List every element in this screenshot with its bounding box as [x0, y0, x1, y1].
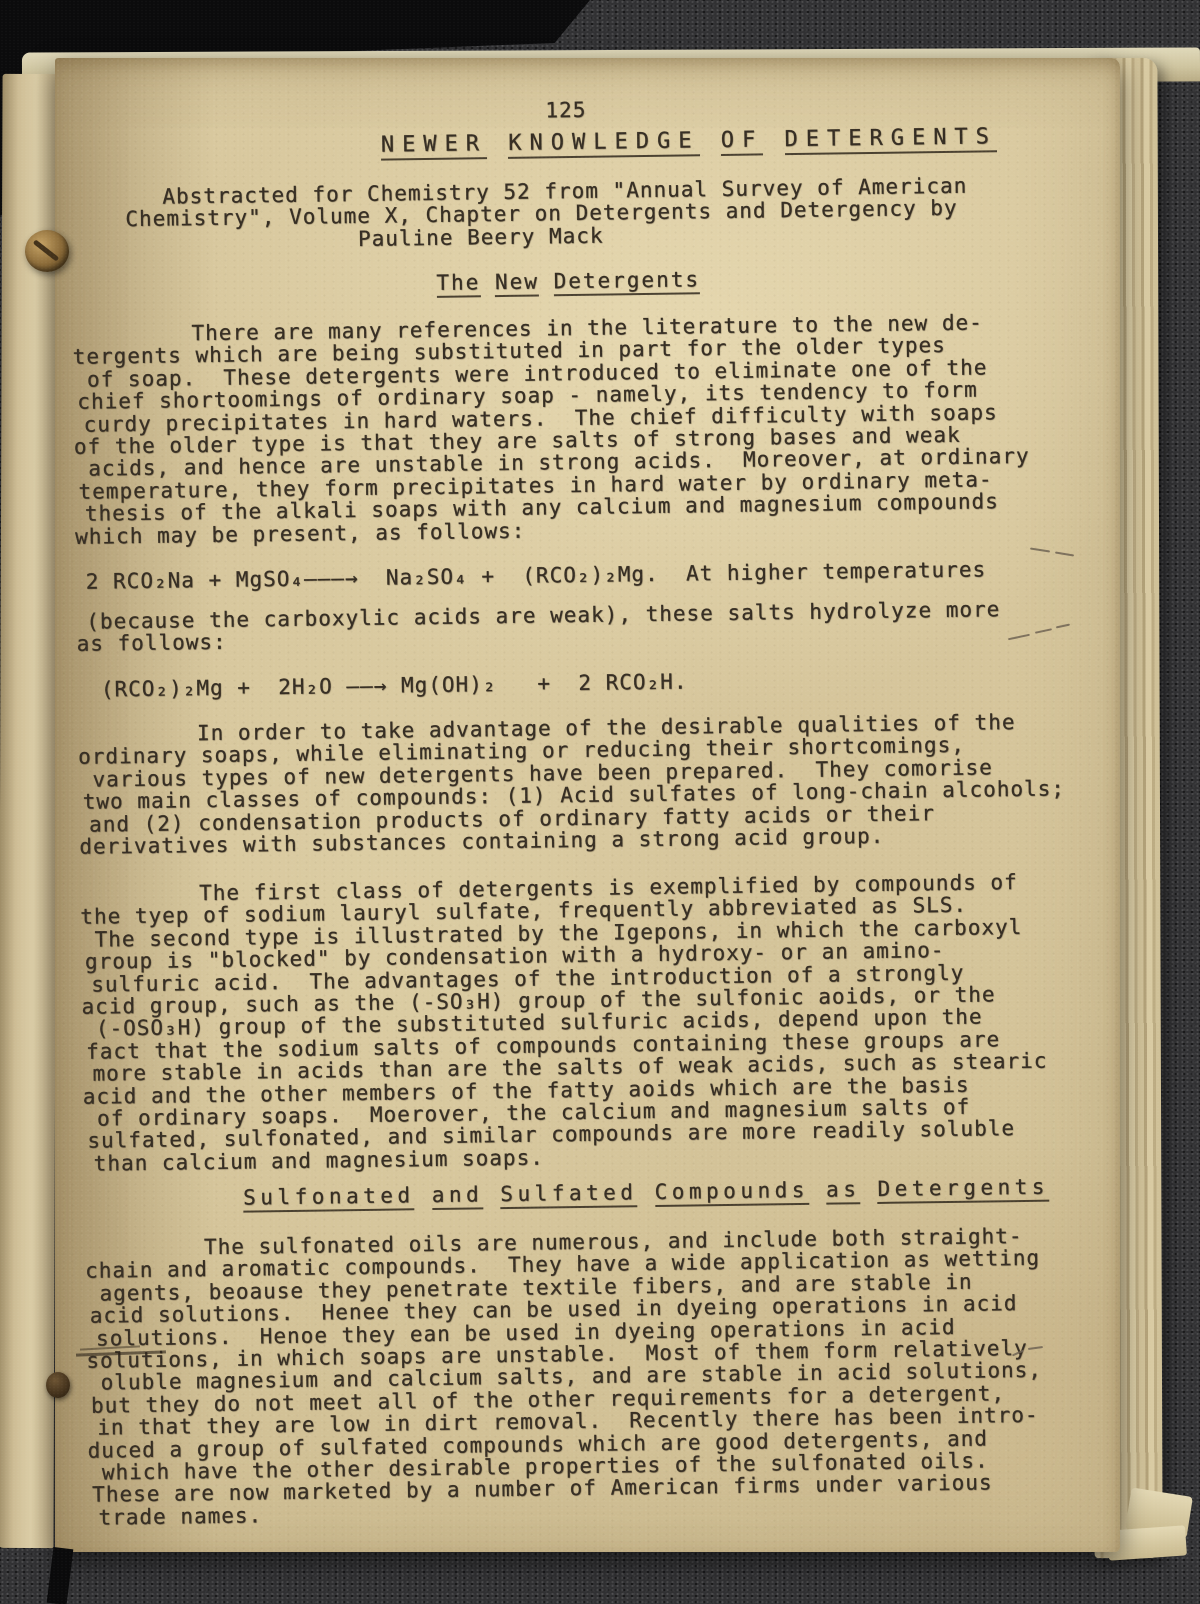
scanned-notebook-photo: 125 NEWER KNOWLEDGE OF DETERGENTS Abstra… — [0, 0, 1200, 1604]
underlined-word: as — [826, 1177, 861, 1204]
paragraph-1: There are many references in the literat… — [71, 310, 1069, 548]
underlined-word: The — [436, 270, 480, 298]
underlined-word: NEWER — [381, 131, 488, 160]
paragraph-2: In order to take advantage of the desira… — [77, 710, 1074, 858]
document-page: 125 NEWER KNOWLEDGE OF DETERGENTS Abstra… — [55, 58, 1120, 1552]
underlined-word: Sulfonated — [243, 1183, 415, 1212]
binding-fastener-top — [25, 230, 69, 272]
underlined-word: Detergents — [553, 267, 700, 296]
underlined-word: New — [495, 269, 539, 297]
attribution: Abstracted for Chemistry 52 from "Annual… — [69, 173, 1065, 254]
adjacent-page-edge — [0, 74, 59, 1548]
underlined-word: Sulfated — [500, 1180, 638, 1209]
underlined-word: Detergents — [877, 1175, 1049, 1204]
underlined-word: and — [432, 1182, 484, 1210]
underlined-word: DETERGENTS — [784, 124, 997, 155]
paragraph-4: The sulfonated oils are numerous, and in… — [84, 1224, 1083, 1529]
underlined-word: Compounds — [654, 1178, 809, 1207]
paragraph-3: The first class of detergents is exempli… — [79, 870, 1078, 1175]
binding-fastener-bottom — [46, 1372, 70, 1398]
underlined-word: KNOWLEDGE — [508, 128, 700, 159]
underlined-word: OF — [721, 127, 764, 156]
